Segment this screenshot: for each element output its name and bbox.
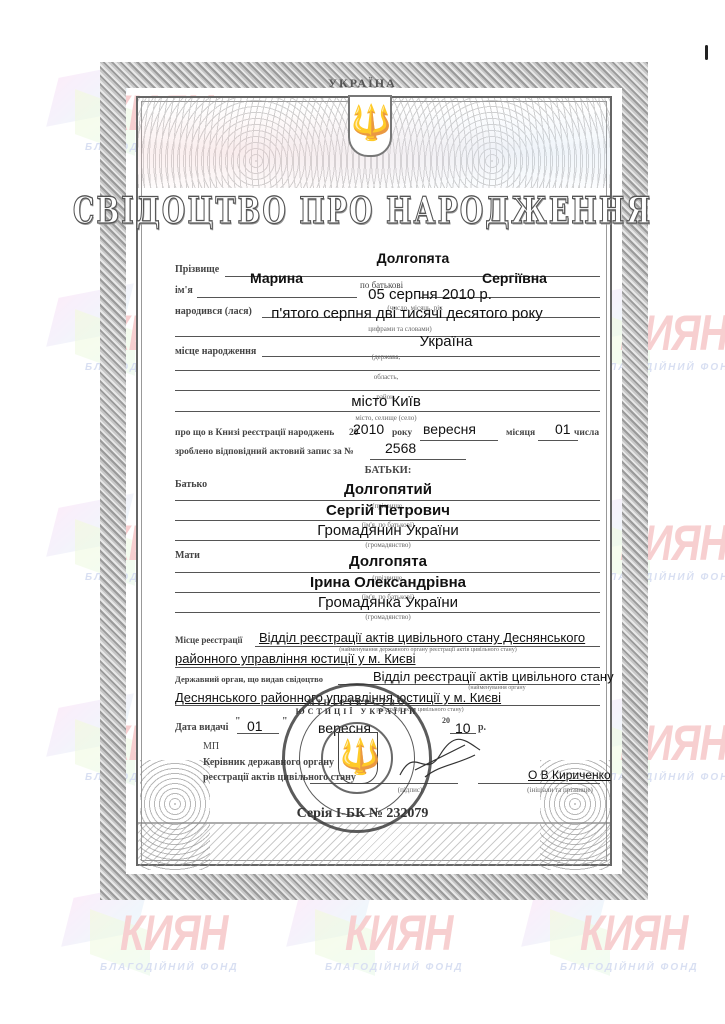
issue-year-suffix: р.	[478, 722, 486, 733]
birth-country: Україна	[420, 333, 473, 350]
birth-city: місто Київ	[351, 393, 421, 410]
field-line	[175, 336, 600, 337]
trident-emblem-icon: 🔱	[348, 95, 392, 157]
watermark: КИЯНБЛАГОДІЙНИЙ ФОНД	[285, 890, 455, 980]
field-line	[478, 783, 600, 784]
country-heading: УКРАЇНА	[0, 76, 725, 91]
father-surname: Долгопятий	[344, 481, 432, 498]
caption: цифрами та словами)	[368, 325, 432, 333]
caption: область,	[374, 373, 399, 381]
scan-mark	[705, 45, 708, 60]
field-line	[197, 297, 357, 298]
parents-heading: БАТЬКИ:	[365, 465, 412, 476]
field-line	[175, 390, 600, 391]
registry-day-label: числа	[574, 428, 599, 438]
field-line	[370, 459, 466, 460]
mother-label: Мати	[175, 550, 200, 561]
surname-label: Прізвище	[175, 264, 219, 275]
issue-year-prefix: 20	[442, 716, 450, 725]
registry-day: 01	[555, 421, 571, 437]
mother-surname: Долгопята	[349, 553, 427, 570]
registration-place-line1: Відділ реєстрації актів цивільного стану…	[259, 630, 585, 645]
birth-date-digits: 05 серпня 2010 р.	[368, 286, 492, 303]
field-line	[175, 572, 600, 573]
seal-label: МП	[203, 741, 219, 752]
document-title: СВІДОЦТВО ПРО НАРОДЖЕННЯ	[0, 191, 725, 233]
head-name: О В Кириченко	[528, 768, 611, 782]
registry-month-label: місяця	[506, 428, 535, 438]
caption: (держава,	[372, 353, 401, 361]
birthplace-label: місце народження	[175, 346, 256, 357]
quote-close: "	[282, 716, 288, 727]
caption: (ініціали та прізвище)	[527, 786, 593, 794]
registration-place-line2: районного управління юстиції у м. Києві	[175, 651, 416, 666]
mother-name: Ірина Олександрівна	[310, 574, 466, 591]
signature	[395, 735, 485, 785]
father-name: Сергій Петрович	[326, 502, 450, 519]
registry-year-suffix: року	[392, 428, 412, 438]
issuer-label: Державний орган, що видав свідоцтво	[175, 674, 323, 684]
field-line	[450, 733, 476, 734]
issue-day: 01	[247, 718, 263, 734]
father-label: Батько	[175, 479, 207, 490]
child-patronymic: Сергіївна	[482, 270, 547, 286]
caption: (громадянство)	[365, 541, 410, 549]
issue-date-label: Дата видачі	[175, 722, 228, 733]
issuer-line1: Відділ реєстрації актів цивільного стану	[373, 669, 614, 684]
quote-open: "	[235, 716, 241, 727]
stamp-text: МІНІСТЕРСТВО ЮСТИЦІЇ УКРАЇНИ	[282, 698, 432, 716]
registry-year: 2010	[353, 421, 384, 437]
birth-date-words: п'ятого серпня дві тисячі десятого року	[271, 305, 542, 322]
field-line	[175, 411, 600, 412]
caption: (громадянство)	[365, 613, 410, 621]
watermark: КИЯНБЛАГОДІЙНИЙ ФОНД	[520, 890, 690, 980]
record-text: зроблено відповідний актовий запис за №	[175, 447, 354, 457]
stamp-trident-icon: 🔱	[338, 732, 378, 784]
field-line	[175, 667, 600, 668]
watermark: КИЯНБЛАГОДІЙНИЙ ФОНД	[60, 890, 230, 980]
registration-place-label: Місце реєстрації	[175, 635, 243, 645]
field-line	[262, 356, 600, 357]
father-citizenship: Громадянин України	[317, 522, 459, 539]
born-label: народився (лася)	[175, 306, 252, 317]
field-line	[175, 500, 600, 501]
record-number: 2568	[385, 440, 416, 456]
registry-text: про що в Книзі реєстрації народжень	[175, 428, 334, 438]
child-name: Марина	[250, 270, 303, 286]
series-number: Серія І-БК № 232079	[0, 806, 725, 822]
field-line	[420, 440, 498, 441]
mother-citizenship: Громадянка України	[318, 594, 458, 611]
child-surname: Долгопята	[377, 250, 450, 266]
name-label: ім'я	[175, 285, 193, 296]
field-line	[237, 733, 279, 734]
field-line	[538, 440, 578, 441]
registry-month: вересня	[423, 421, 476, 437]
field-line	[175, 370, 600, 371]
